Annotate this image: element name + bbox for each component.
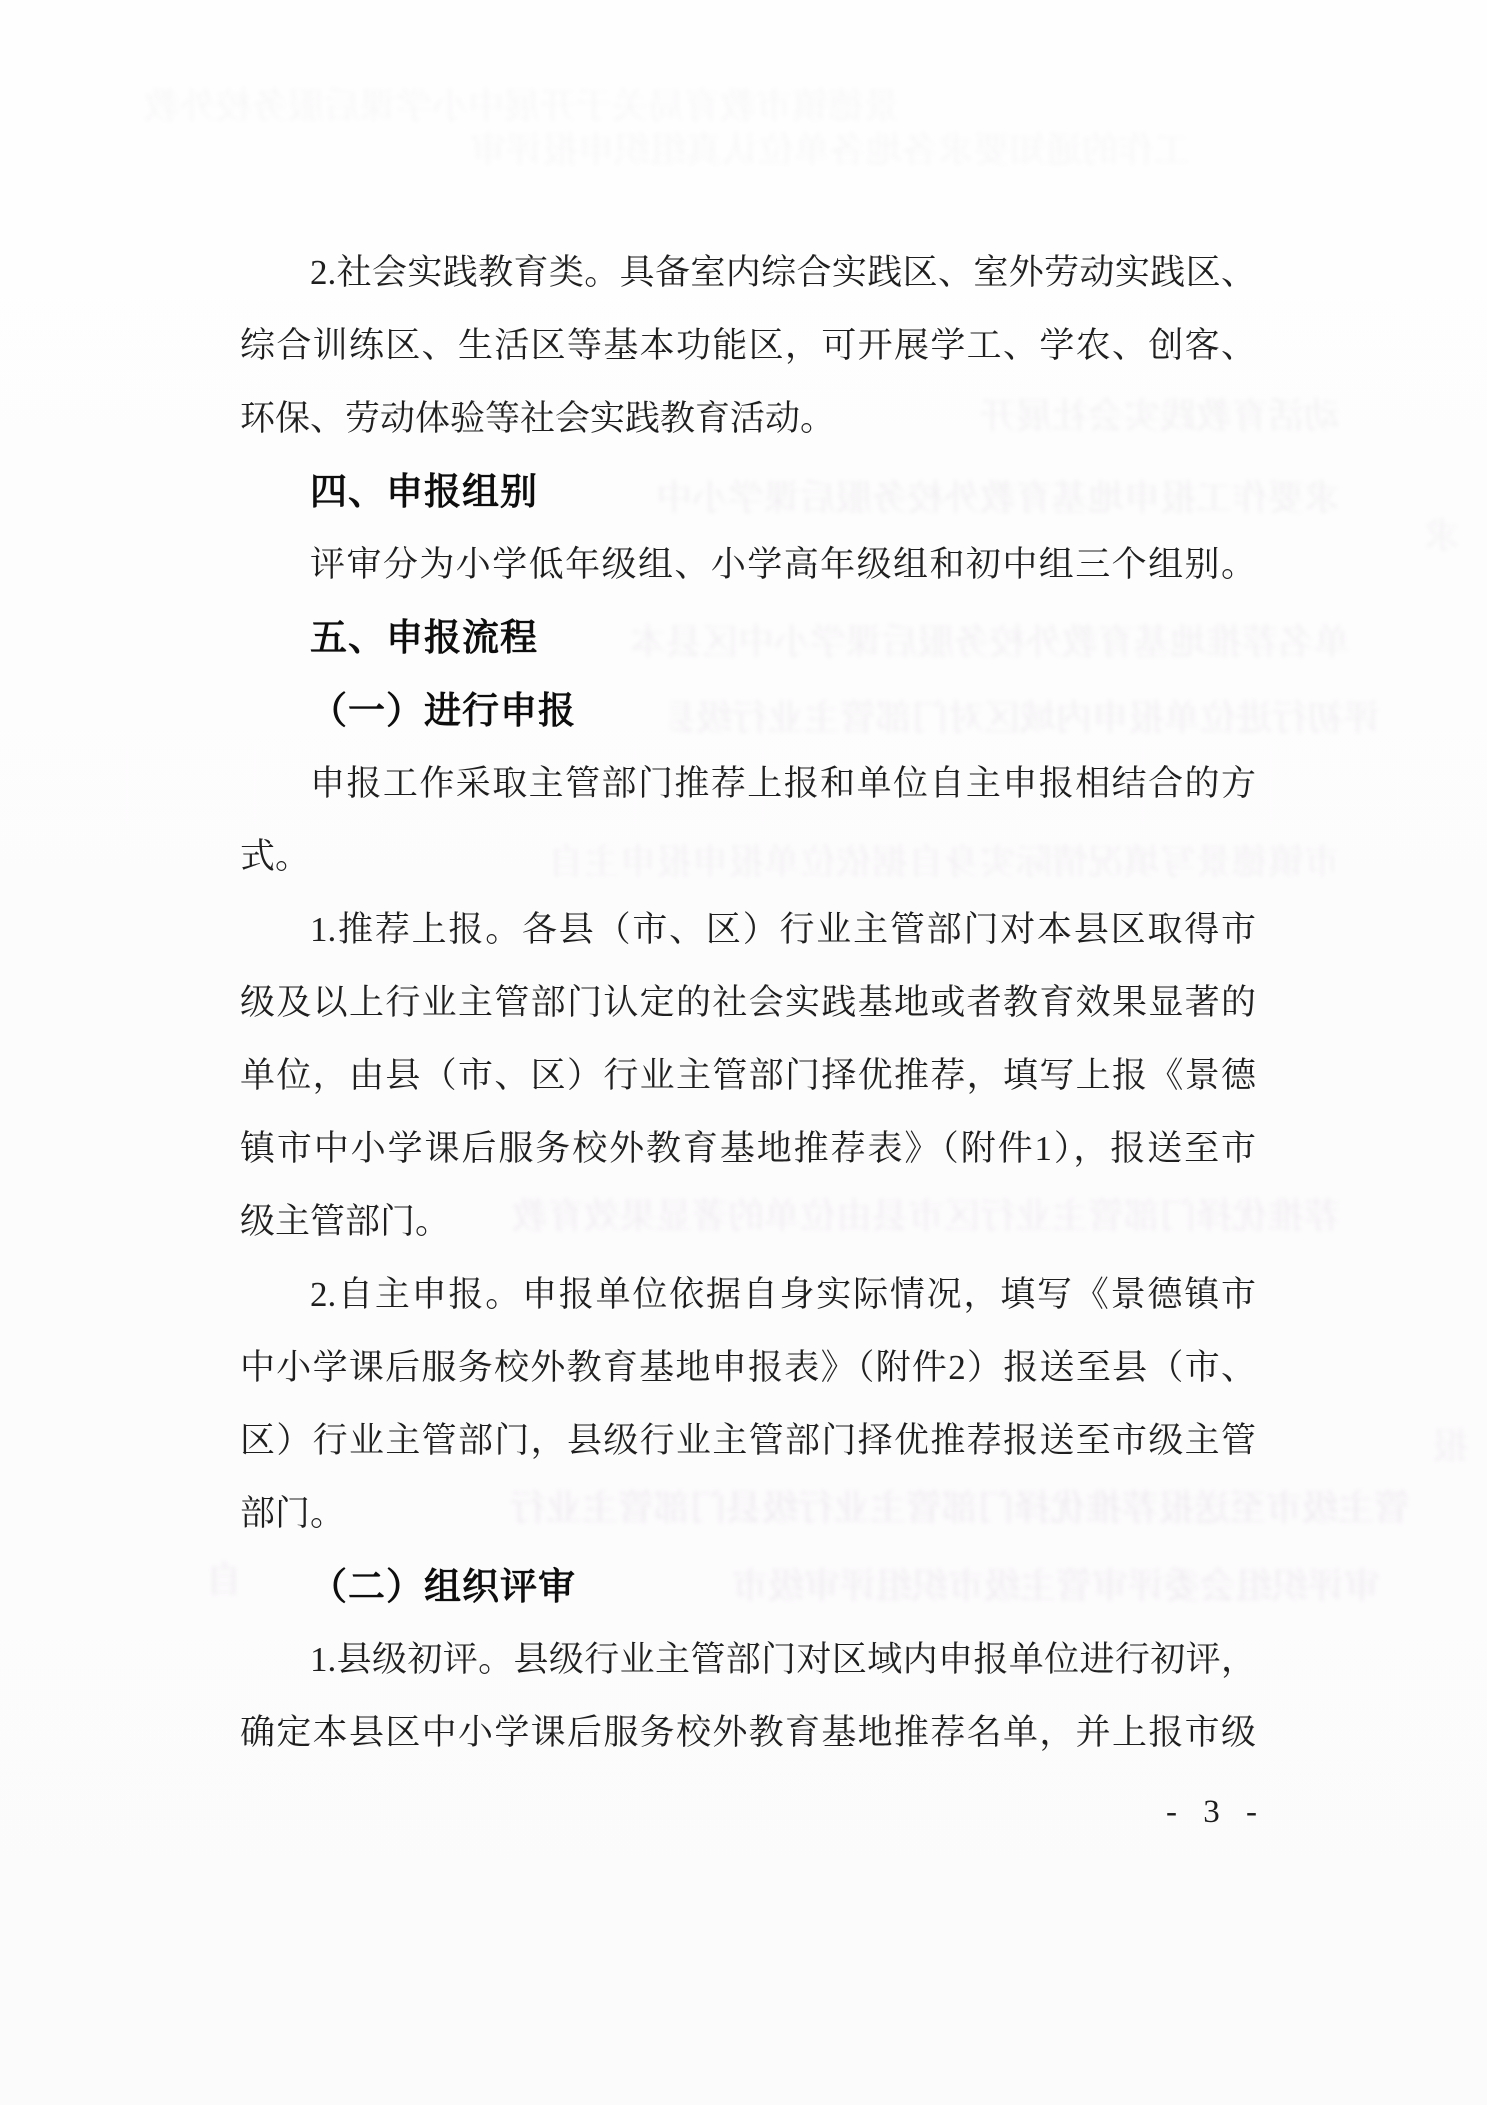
text-line: 环保、劳动体验等社会实践教育活动。 xyxy=(240,382,1256,455)
text-line: 级及以上行业主管部门认定的社会实践基地或者教育效果显著的 xyxy=(240,966,1256,1039)
heading-line: （一）进行申报 xyxy=(240,674,1256,747)
text-line: 中小学课后服务校外教育基地申报表》（附件2）报送至县（市、 xyxy=(240,1331,1256,1404)
text-line: 单位，由县（市、区）行业主管部门择优推荐，填写上报《景德 xyxy=(240,1039,1256,1112)
page-number: - 3 - xyxy=(1166,1788,1266,1836)
text-line: 区）行业主管部门，县级行业主管部门择优推荐报送至市级主管 xyxy=(240,1404,1256,1477)
document-body: 2.社会实践教育类。具备室内综合实践区、室外劳动实践区、 综合训练区、生活区等基… xyxy=(240,236,1256,1769)
text-line: 2.自主申报。申报单位依据自身实际情况，填写《景德镇市 xyxy=(240,1258,1256,1331)
bleed-through-artifact: 报 xyxy=(1424,1418,1468,1469)
text-line: 2.社会实践教育类。具备室内综合实践区、室外劳动实践区、 xyxy=(240,236,1256,309)
heading-line: （二）组织评审 xyxy=(240,1550,1256,1623)
text-line: 评审分为小学低年级组、小学高年级组和初中组三个组别。 xyxy=(240,528,1256,601)
text-line: 确定本县区中小学课后服务校外教育基地推荐名单，并上报市级 xyxy=(240,1696,1256,1769)
scanned-document-page: 景德镇市教育局关于开展中小学课后服务校外教育基地评选 工作的通知要求各地各单位认… xyxy=(0,0,1487,2105)
bleed-through-artifact: 自 xyxy=(198,1552,242,1603)
text-line: 1.县级初评。县级行业主管部门对区域内申报单位进行初评， xyxy=(240,1623,1256,1696)
text-line: 申报工作采取主管部门推荐上报和单位自主申报相结合的方 xyxy=(240,747,1256,820)
bleed-through-artifact: 景德镇市教育局关于开展中小学课后服务校外教育基地评选 xyxy=(140,78,900,129)
text-line: 镇市中小学课后服务校外教育基地推荐表》（附件1），报送至市 xyxy=(240,1112,1256,1185)
text-line: 1.推荐上报。各县（市、区）行业主管部门对本县区取得市 xyxy=(240,893,1256,966)
bleed-through-artifact: 求 xyxy=(1416,508,1460,559)
text-line: 部门。 xyxy=(240,1477,1256,1550)
bleed-through-artifact: 工作的通知要求各地各单位认真组织申报评审 xyxy=(330,122,1190,173)
heading-line: 四、申报组别 xyxy=(240,455,1256,528)
text-line: 式。 xyxy=(240,820,1256,893)
heading-line: 五、申报流程 xyxy=(240,601,1256,674)
text-line: 级主管部门。 xyxy=(240,1185,1256,1258)
text-line: 综合训练区、生活区等基本功能区，可开展学工、学农、创客、 xyxy=(240,309,1256,382)
